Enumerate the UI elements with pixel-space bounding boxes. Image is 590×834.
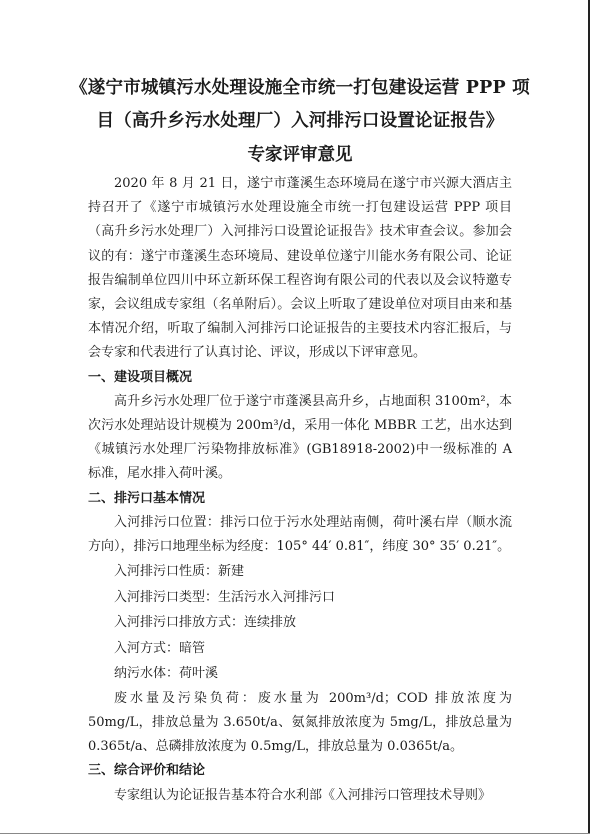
outlet-nature-item: 入河排污口性质：新建 bbox=[88, 559, 512, 585]
section-heading-outlet-info: 二、排污口基本情况 bbox=[88, 487, 512, 511]
pollution-load-paragraph: 废水量及污染负荷：废水量为 200m³/d；COD 排放浓度为 50mg/L，排… bbox=[88, 687, 512, 760]
entry-method-item: 入河方式：暗管 bbox=[88, 636, 512, 662]
project-overview-paragraph: 高升乡污水处理厂位于遂宁市蓬溪县高升乡，占地面积 3100m²，本次污水处理站设… bbox=[88, 390, 512, 487]
document-page: 《遂宁市城镇污水处理设施全市统一打包建设运营 PPP 项 目（高升乡污水处理厂）… bbox=[88, 72, 512, 808]
outlet-type-item: 入河排污口类型：生活污水入河排污口 bbox=[88, 585, 512, 611]
intro-paragraph: 2020 年 8 月 21 日，遂宁市蓬溪生态环境局在遂宁市兴源大酒店主持召开了… bbox=[88, 172, 512, 366]
conclusion-paragraph: 专家组认为论证报告基本符合水利部《入河排污口管理技术导则》 bbox=[88, 784, 512, 808]
document-subtitle: 专家评审意见 bbox=[88, 138, 512, 172]
receiving-water-item: 纳污水体：荷叶溪 bbox=[88, 661, 512, 687]
document-title-line2: 目（高升乡污水处理厂）入河排污口设置论证报告》 bbox=[88, 105, 512, 138]
section-heading-conclusion: 三、综合评价和结论 bbox=[88, 759, 512, 783]
outlet-location-paragraph: 入河排污口位置：排污口位于污水处理站南侧，荷叶溪右岸（顺水流方向），排污口地理坐… bbox=[88, 511, 512, 559]
document-title-line1: 《遂宁市城镇污水处理设施全市统一打包建设运营 PPP 项 bbox=[60, 72, 540, 105]
discharge-mode-item: 入河排污口排放方式：连续排放 bbox=[88, 610, 512, 636]
section-heading-project-overview: 一、建设项目概况 bbox=[88, 366, 512, 390]
